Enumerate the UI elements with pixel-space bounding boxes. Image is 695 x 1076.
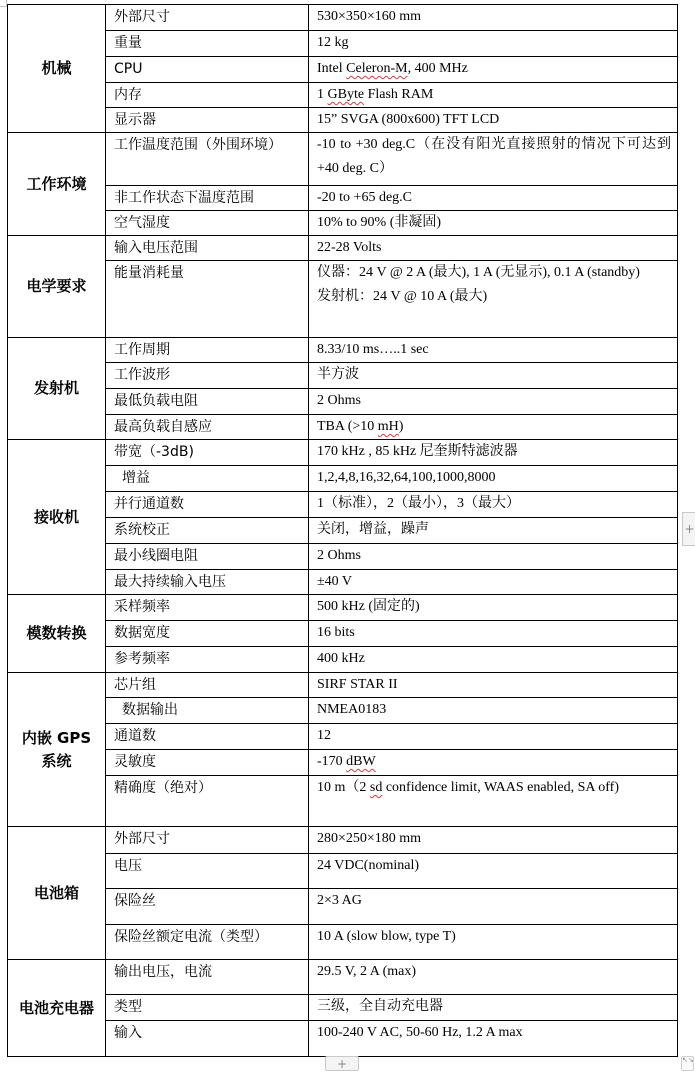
- spec-value-cell[interactable]: -10 to +30 deg.C（在没有阳光直接照射的情况下可达到+40 deg…: [309, 133, 678, 186]
- spec-value-cell[interactable]: 2 Ohms: [309, 389, 678, 415]
- table-row: 数据输出NMEA0183: [8, 698, 678, 724]
- spec-label-cell[interactable]: 数据宽度: [106, 621, 309, 647]
- table-row: 机械外部尺寸530×350×160 mm: [8, 5, 678, 31]
- table-row: 接收机带宽（-3dB)170 kHz , 85 kHz 尼奎斯特滤波器: [8, 440, 678, 466]
- spec-label-cell[interactable]: 输出电压，电流: [106, 960, 309, 995]
- spec-value-cell[interactable]: 15” SVGA (800x600) TFT LCD: [309, 108, 678, 133]
- spec-value-cell[interactable]: 10 A (slow blow, type T): [309, 925, 678, 960]
- table-row: 保险丝额定电流（类型）10 A (slow blow, type T): [8, 925, 678, 960]
- spec-label-cell[interactable]: 外部尺寸: [106, 827, 309, 854]
- table-row: 电压24 VDC(nominal): [8, 854, 678, 889]
- table-row: 内存1 GByte Flash RAM: [8, 83, 678, 108]
- table-row: 参考频率400 kHz: [8, 647, 678, 673]
- table-row: 能量消耗量仪器：24 V @ 2 A (最大), 1 A (无显示), 0.1 …: [8, 261, 678, 338]
- table-row: 输入100-240 V AC, 50-60 Hz, 1.2 A max: [8, 1021, 678, 1057]
- spellcheck-flagged-text: Celeron-M: [346, 61, 407, 76]
- value-line: 发射机：24 V @ 10 A (最大): [317, 285, 671, 309]
- spec-value-cell[interactable]: TBA (>10 mH): [309, 415, 678, 440]
- spec-label-cell[interactable]: 增益: [106, 466, 309, 492]
- spec-label-cell[interactable]: 电压: [106, 854, 309, 889]
- spec-label-cell[interactable]: 系统校正: [106, 518, 309, 544]
- value-text: 10 m（2: [317, 780, 370, 795]
- spec-value-cell[interactable]: 1（标准），2（最小），3（最大）: [309, 492, 678, 518]
- table-row: 发射机工作周期8.33/10 ms…..1 sec: [8, 338, 678, 363]
- spec-value-cell[interactable]: 12: [309, 724, 678, 750]
- spec-label-cell[interactable]: 灵敏度: [106, 750, 309, 776]
- table-row: 数据宽度16 bits: [8, 621, 678, 647]
- table-row: 电池充电器输出电压，电流29.5 V, 2 A (max): [8, 960, 678, 995]
- value-line: 仪器：24 V @ 2 A (最大), 1 A (无显示), 0.1 A (st…: [317, 261, 671, 285]
- spec-value-cell[interactable]: 280×250×180 mm: [309, 827, 678, 854]
- spec-value-cell[interactable]: 关闭，增益，躁声: [309, 518, 678, 544]
- spec-label-cell[interactable]: 最小线圈电阻: [106, 544, 309, 570]
- spellcheck-flagged-text: dBW: [346, 754, 376, 769]
- spec-value-cell[interactable]: 2×3 AG: [309, 889, 678, 925]
- spec-label-cell[interactable]: 最大持续输入电压: [106, 570, 309, 595]
- spec-label-cell[interactable]: 外部尺寸: [106, 5, 309, 31]
- value-text: -170: [317, 754, 346, 769]
- spec-label-cell[interactable]: 保险丝: [106, 889, 309, 925]
- spec-value-cell[interactable]: 29.5 V, 2 A (max): [309, 960, 678, 995]
- spec-label-cell[interactable]: 通道数: [106, 724, 309, 750]
- value-text: Intel: [317, 61, 346, 76]
- spec-label-cell[interactable]: 带宽（-3dB): [106, 440, 309, 466]
- table-row: 并行通道数1（标准），2（最小），3（最大）: [8, 492, 678, 518]
- spellcheck-flagged-text: sd: [370, 780, 382, 795]
- category-cell[interactable]: 内嵌 GPS 系统: [8, 673, 106, 827]
- table-resize-handle[interactable]: ↖↘: [681, 1056, 694, 1071]
- spec-label-cell[interactable]: 芯片组: [106, 673, 309, 698]
- table-row: 通道数12: [8, 724, 678, 750]
- table-row: 非工作状态下温度范围-20 to +65 deg.C: [8, 186, 678, 211]
- table-row: 最大持续输入电压±40 V: [8, 570, 678, 595]
- spec-value-cell[interactable]: 仪器：24 V @ 2 A (最大), 1 A (无显示), 0.1 A (st…: [309, 261, 678, 338]
- table-row: 灵敏度-170 dBW: [8, 750, 678, 776]
- resize-icon: ↖↘: [682, 1056, 694, 1064]
- table-row: 电学要求输入电压范围22-28 Volts: [8, 236, 678, 261]
- spec-label-cell[interactable]: 参考频率: [106, 647, 309, 673]
- spec-label-cell[interactable]: 数据输出: [106, 698, 309, 724]
- spellcheck-flagged-text: mH: [378, 419, 399, 434]
- table-row: 增益1,2,4,8,16,32,64,100,1000,8000: [8, 466, 678, 492]
- spec-label-cell[interactable]: 保险丝额定电流（类型）: [106, 925, 309, 960]
- spec-label-cell[interactable]: 输入: [106, 1021, 309, 1057]
- spec-value-cell[interactable]: 8.33/10 ms…..1 sec: [309, 338, 678, 363]
- table-row: 保险丝2×3 AG: [8, 889, 678, 925]
- table-row: 工作环境工作温度范围（外围环境）-10 to +30 deg.C（在没有阳光直接…: [8, 133, 678, 186]
- category-cell[interactable]: 接收机: [8, 440, 106, 595]
- table-row: 空气湿度10% to 90% (非凝固): [8, 211, 678, 236]
- spec-label-cell[interactable]: 重量: [106, 31, 309, 57]
- value-text: Flash RAM: [364, 87, 433, 102]
- table-row: 显示器15” SVGA (800x600) TFT LCD: [8, 108, 678, 133]
- spec-label-cell[interactable]: 非工作状态下温度范围: [106, 186, 309, 211]
- spec-label-cell[interactable]: 输入电压范围: [106, 236, 309, 261]
- spec-value-cell[interactable]: 10 m（2 sd confidence limit, WAAS enabled…: [309, 776, 678, 827]
- value-text: 1: [317, 87, 328, 102]
- spec-label-cell[interactable]: 采样频率: [106, 595, 309, 621]
- table-row: 最高负载自感应TBA (>10 mH): [8, 415, 678, 440]
- category-cell[interactable]: 电池充电器: [8, 960, 106, 1057]
- spec-value-cell[interactable]: 三级，全自动充电器: [309, 995, 678, 1021]
- add-column-button[interactable]: +: [682, 512, 695, 546]
- spec-value-cell[interactable]: 100-240 V AC, 50-60 Hz, 1.2 A max: [309, 1021, 678, 1057]
- spec-label-cell[interactable]: 能量消耗量: [106, 261, 309, 338]
- category-cell[interactable]: 电学要求: [8, 236, 106, 338]
- table-row: 最小线圈电阻2 Ohms: [8, 544, 678, 570]
- category-cell[interactable]: 工作环境: [8, 133, 106, 236]
- spec-label-cell[interactable]: 空气湿度: [106, 211, 309, 236]
- spec-value-cell[interactable]: 400 kHz: [309, 647, 678, 673]
- spec-value-cell[interactable]: 500 kHz (固定的): [309, 595, 678, 621]
- spec-value-cell[interactable]: ±40 V: [309, 570, 678, 595]
- add-row-button[interactable]: +: [325, 1056, 359, 1071]
- spec-label-cell[interactable]: 并行通道数: [106, 492, 309, 518]
- table-row: 模数转换采样频率500 kHz (固定的): [8, 595, 678, 621]
- spec-value-cell[interactable]: NMEA0183: [309, 698, 678, 724]
- table-row: 电池箱外部尺寸280×250×180 mm: [8, 827, 678, 854]
- category-cell[interactable]: 发射机: [8, 338, 106, 440]
- spec-value-cell[interactable]: -170 dBW: [309, 750, 678, 776]
- value-text: , 400 MHz: [408, 61, 468, 76]
- spec-value-cell[interactable]: 16 bits: [309, 621, 678, 647]
- spec-value-cell[interactable]: 10% to 90% (非凝固): [309, 211, 678, 236]
- spec-label-cell[interactable]: 工作周期: [106, 338, 309, 363]
- table-row: 工作波形半方波: [8, 363, 678, 389]
- table-row: 最低负载电阻2 Ohms: [8, 389, 678, 415]
- spec-value-cell[interactable]: 半方波: [309, 363, 678, 389]
- spec-label-cell[interactable]: 工作温度范围（外围环境）: [106, 133, 309, 186]
- spec-value-cell[interactable]: 170 kHz , 85 kHz 尼奎斯特滤波器: [309, 440, 678, 466]
- table-row: 系统校正关闭，增益，躁声: [8, 518, 678, 544]
- spec-value-cell[interactable]: Intel Celeron-M, 400 MHz: [309, 57, 678, 83]
- category-cell[interactable]: 模数转换: [8, 595, 106, 673]
- spec-label-cell[interactable]: 内存: [106, 83, 309, 108]
- table-row: 类型三级，全自动充电器: [8, 995, 678, 1021]
- table-select-handle[interactable]: [0, 0, 7, 7]
- table-row: CPUIntel Celeron-M, 400 MHz: [8, 57, 678, 83]
- category-cell[interactable]: 电池箱: [8, 827, 106, 960]
- spec-value-cell[interactable]: 12 kg: [309, 31, 678, 57]
- spec-value-cell[interactable]: 24 VDC(nominal): [309, 854, 678, 889]
- spec-value-cell[interactable]: -20 to +65 deg.C: [309, 186, 678, 211]
- spec-value-cell[interactable]: 1,2,4,8,16,32,64,100,1000,8000: [309, 466, 678, 492]
- table-row: 内嵌 GPS 系统芯片组SIRF STAR II: [8, 673, 678, 698]
- spec-value-cell[interactable]: 530×350×160 mm: [309, 5, 678, 31]
- spec-value-cell[interactable]: SIRF STAR II: [309, 673, 678, 698]
- spec-label-cell[interactable]: 类型: [106, 995, 309, 1021]
- spec-label-cell[interactable]: 最低负载电阻: [106, 389, 309, 415]
- category-cell[interactable]: 机械: [8, 5, 106, 133]
- table-row: 精确度（绝对）10 m（2 sd confidence limit, WAAS …: [8, 776, 678, 827]
- spec-label-cell[interactable]: 工作波形: [106, 363, 309, 389]
- spec-label-cell[interactable]: 最高负载自感应: [106, 415, 309, 440]
- table-row: 重量12 kg: [8, 31, 678, 57]
- plus-icon: +: [337, 1057, 347, 1071]
- value-text: ): [399, 419, 404, 434]
- spec-value-cell[interactable]: 2 Ohms: [309, 544, 678, 570]
- spec-label-cell[interactable]: 精确度（绝对）: [106, 776, 309, 827]
- value-text: TBA (>10: [317, 419, 378, 434]
- plus-icon: +: [684, 522, 694, 536]
- spec-value-cell[interactable]: 1 GByte Flash RAM: [309, 83, 678, 108]
- spec-value-cell[interactable]: 22-28 Volts: [309, 236, 678, 261]
- spec-table: 机械外部尺寸530×350×160 mm重量12 kgCPUIntel Cele…: [7, 4, 678, 1057]
- value-text: confidence limit, WAAS enabled, SA off): [382, 780, 619, 795]
- spellcheck-flagged-text: GByte: [328, 87, 365, 102]
- spec-label-cell[interactable]: CPU: [106, 57, 309, 83]
- spec-label-cell[interactable]: 显示器: [106, 108, 309, 133]
